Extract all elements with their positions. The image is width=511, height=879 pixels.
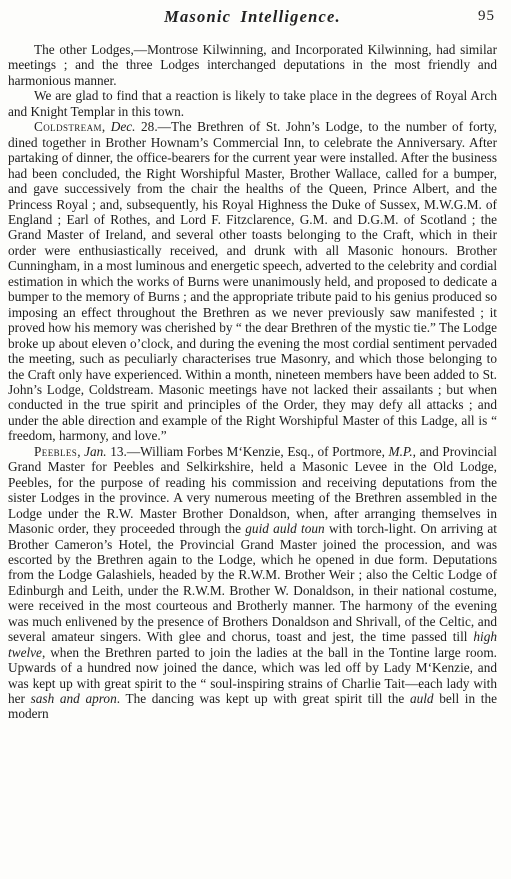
text-run: We are glad to find that a reaction is l… <box>8 88 497 118</box>
dateline-month: Dec. <box>111 119 136 134</box>
article-body: The other Lodges,—Montrose Kilwinning, a… <box>8 42 497 722</box>
text-run: 28.—The Brethren of St. John’s Lodge, to… <box>8 119 497 443</box>
paragraph-reaction: We are glad to find that a reaction is l… <box>8 88 497 119</box>
paragraph-coldstream: Coldstream, Dec. 28.—The Brethren of St.… <box>8 119 497 444</box>
text-run: . The dancing was kept up with great spi… <box>117 691 410 706</box>
text-run: The other Lodges,—Montrose Kilwinning, a… <box>8 42 497 88</box>
text-run: 13.—William Forbes M‘Kenzie, Esq., of Po… <box>107 444 389 459</box>
paragraph-peebles: Peebles, Jan. 13.—William Forbes M‘Kenzi… <box>8 444 497 722</box>
text-run: , <box>102 119 111 134</box>
running-header-title: Masonic Intelligence. <box>8 7 497 27</box>
document-page: Masonic Intelligence. 95 The other Lodge… <box>0 0 511 722</box>
text-run-italic: guid auld toun <box>245 521 324 536</box>
dateline-place: Coldstream <box>34 119 102 134</box>
paragraph-other-lodges: The other Lodges,—Montrose Kilwinning, a… <box>8 42 497 88</box>
text-run-italic: auld <box>410 691 434 706</box>
text-run-italic: M.P. <box>389 444 413 459</box>
page-header: Masonic Intelligence. 95 <box>8 7 497 31</box>
text-run-italic: sash and apron <box>31 691 117 706</box>
page-number: 95 <box>478 8 495 25</box>
dateline-month: Jan. <box>84 444 107 459</box>
text-run: with torch-light. On arriving at Brother… <box>8 521 497 644</box>
dateline-place: Peebles <box>34 444 77 459</box>
